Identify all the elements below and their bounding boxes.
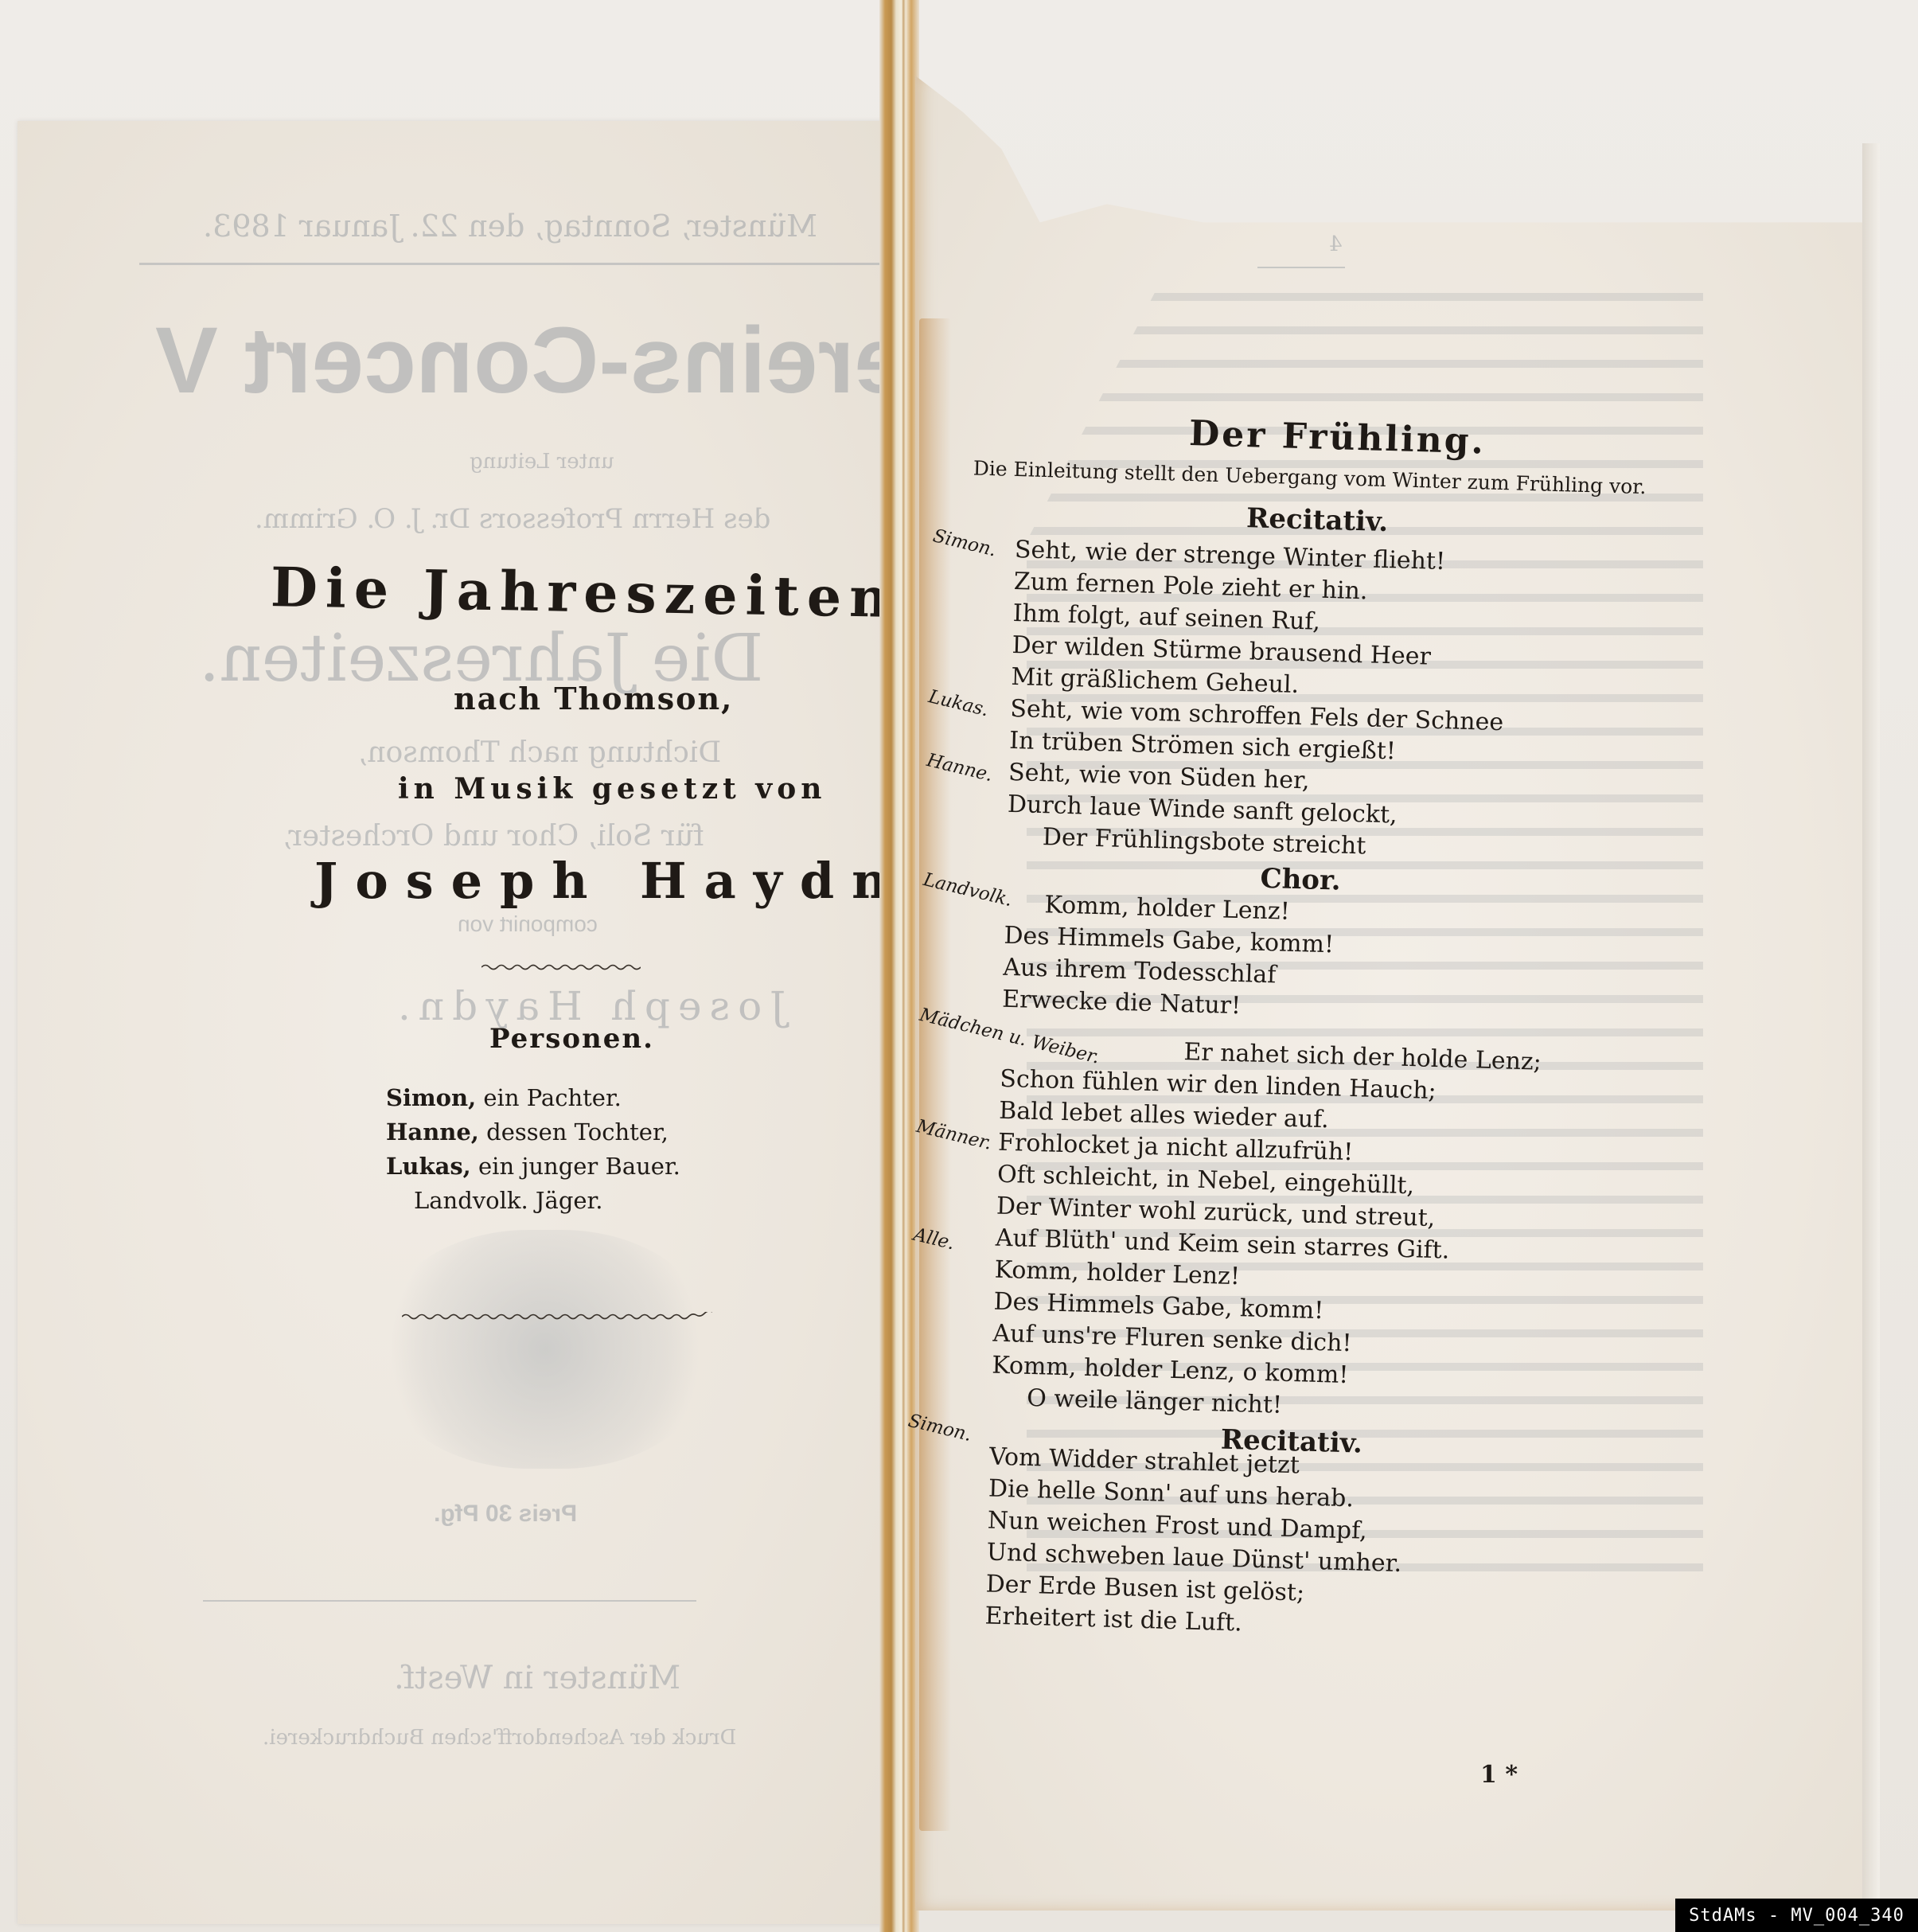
verse-line: Zum fernen Pole zieht er hin. — [1013, 568, 1367, 605]
ghost-rule-bottom — [203, 1600, 696, 1602]
recitativ-heading-1: Recitativ. — [1246, 502, 1389, 538]
verse-line: Erwecke die Natur! — [1002, 986, 1242, 1020]
person-hanne: Hanne, dessen Tochter, — [386, 1118, 669, 1146]
verse-line: Komm, holder Lenz! — [1044, 891, 1290, 926]
composer-name: Joseph Haydn. — [314, 852, 940, 910]
page-signature: 1 * — [1480, 1761, 1518, 1789]
right-page-edge — [1862, 143, 1880, 1918]
ghost-rule-right — [1257, 267, 1345, 268]
verse-line: Bald lebet alles wieder auf. — [999, 1097, 1329, 1134]
verse-line: Komm, holder Lenz, o komm! — [992, 1352, 1349, 1389]
ghost-under-direction: unter Leitung — [470, 450, 614, 474]
verse-line: Aus ihrem Todesschlaf — [1003, 954, 1277, 989]
verse-line: Frohlocket ja nicht allzufrüh! — [998, 1129, 1354, 1166]
ghost-price: Preis 30 Pfg. — [434, 1501, 577, 1528]
verse-line: Des Himmels Gabe, komm! — [1004, 922, 1335, 959]
verse-line: Ihm folgt, auf seinen Ruf, — [1012, 599, 1320, 636]
ghost-poem-credit: Dichtung nach Thomson, — [358, 736, 721, 769]
ghost-rule — [139, 263, 879, 265]
verse-line: O weile länger nicht! — [1027, 1384, 1283, 1419]
ghost-concert-title: Vereins-Concert V — [155, 306, 964, 415]
section-title: Der Frühling. — [1188, 413, 1486, 462]
person-lukas: Lukas, ein junger Bauer. — [386, 1153, 680, 1180]
verse-line: Der Erde Busen ist gelöst; — [985, 1571, 1304, 1607]
verse-line: Er nahet sich der holde Lenz; — [1183, 1038, 1542, 1076]
after-thomson: nach Thomson, — [454, 681, 733, 716]
persons-heading: Personen. — [489, 1023, 654, 1055]
ghost-ornament — [378, 1230, 712, 1469]
libretto-text: Der Frühling. Die Einleitung stellt den … — [894, 406, 1727, 1781]
set-to-music-by: in Musik gesetzt von — [398, 772, 826, 806]
ghost-scoring: für Soli, Chor und Orchester, — [283, 820, 704, 853]
speaker-maenner: Männer. — [914, 1116, 994, 1154]
verse-line: Auf uns're Fluren senke dich! — [992, 1320, 1352, 1358]
ghost-printer: Druck der Aschendorff'schen Buchdruckere… — [263, 1726, 736, 1750]
work-title: Die Jahreszeiten — [270, 556, 897, 630]
speaker-lukas: Lukas. — [926, 686, 991, 720]
verse-line: Des Himmels Gabe, komm! — [993, 1288, 1324, 1325]
intro-line: Die Einleitung stellt den Uebergang vom … — [973, 457, 1646, 499]
person-landvolk: Landvolk. Jäger. — [414, 1187, 602, 1214]
verse-line: Der Frühlingsbote streicht — [1042, 823, 1366, 860]
ghost-page-number: 4 — [1329, 232, 1343, 256]
wavy-divider-bottom — [402, 1312, 712, 1320]
speaker-landvolk: Landvolk. — [922, 869, 1015, 911]
ghost-place: Münster in Westf. — [394, 1660, 680, 1696]
ghost-header-line: Münster, Sonntag, den 22. Januar 1893. — [203, 209, 817, 244]
speaker-alle: Alle. — [911, 1224, 957, 1255]
speaker-hanne: Hanne. — [925, 750, 995, 786]
wavy-divider-top — [481, 963, 641, 971]
verse-line: Die helle Sonn' auf uns herab. — [988, 1475, 1355, 1513]
chor-heading: Chor. — [1260, 863, 1341, 897]
speaker-simon-2: Simon. — [906, 1411, 974, 1446]
archive-watermark: StdAMs - MV_004_340 — [1675, 1899, 1918, 1932]
verse-line: Erheitert ist die Luft. — [984, 1602, 1242, 1637]
ghost-composed-by: componirt von — [458, 911, 598, 937]
speaker-simon: Simon. — [931, 525, 999, 560]
verse-line: Seht, wie von Süden her, — [1008, 759, 1310, 795]
ghost-conductor: des Herrn Professors Dr. J. O. Grimm. — [255, 503, 770, 535]
person-simon: Simon, ein Pachter. — [386, 1084, 622, 1111]
verse-line: Mit gräßlichem Geheul. — [1011, 663, 1300, 699]
verse-line: Komm, holder Lenz! — [994, 1256, 1240, 1291]
